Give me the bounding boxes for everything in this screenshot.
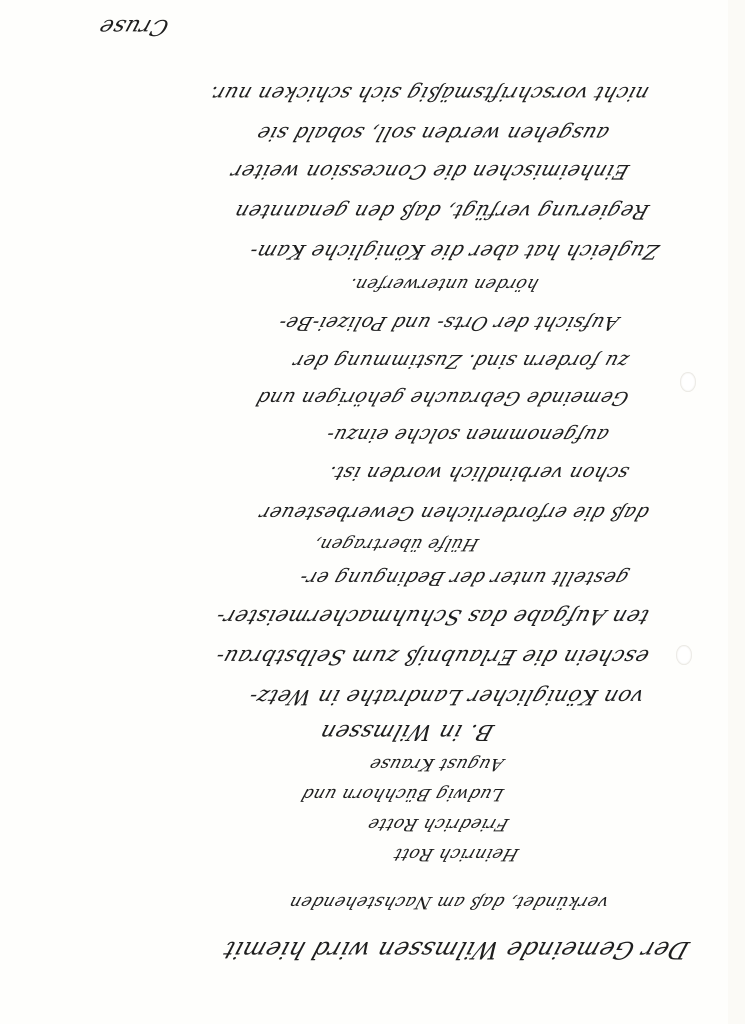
text-line: zu fordern sind. Zustimmung der (290, 350, 632, 372)
text-line: nicht vorschriftsmäßig sich schicken nur… (205, 82, 651, 106)
text-line: Aufsicht der Orts- und Polizei-Be- (275, 312, 621, 334)
text-line: schon verbindlich worden ist. (325, 462, 632, 484)
text-line: Gemeinde Gebrauche gehörigen und (253, 387, 632, 409)
text-line: gestellt unter der Bedingung er- (296, 567, 631, 589)
text-line: eschein die Erlaubniß zum Selbstbrau- (212, 645, 652, 669)
text-line: Hülfe übertragen, (311, 534, 481, 554)
text-line: Regierung verfügt, daß den genannten (231, 200, 652, 224)
scan-edge-strip (728, 0, 745, 1024)
text-line: Ludwig Büchhorn und (299, 784, 507, 804)
handwritten-text-block: Der Gemeinde Wilmssen wird hiemit verkün… (0, 0, 728, 1024)
text-line: Zugleich hat aber die Königliche Kam- (246, 240, 662, 264)
text-line: verkündet, daß am Nachstehenden (286, 892, 611, 912)
text-line: Einheimischen die Concession weiter (227, 160, 632, 184)
text-line: B. in Wilmssen (317, 719, 497, 744)
text-line: daß die erforderlichen Gewerbesteuer (256, 502, 651, 524)
text-line: Heinrich Rott (391, 844, 521, 864)
text-line: von Königlicher Landrathe in Wetz- (245, 685, 647, 709)
text-line: Der Gemeinde Wilmssen wird hiemit (219, 936, 692, 964)
text-line: Friedrich Rotte (365, 814, 511, 834)
text-line: hörden unterwerfen. (346, 274, 541, 294)
text-line: aufgenommen solche einzu- (323, 424, 612, 446)
text-line: August Krause (367, 754, 507, 774)
text-line: ten Aufgabe das Schuhmachermeister- (212, 605, 652, 629)
text-line: ausgehen werden soll, sobald sie (253, 122, 612, 146)
signature: Cruse (96, 14, 172, 39)
